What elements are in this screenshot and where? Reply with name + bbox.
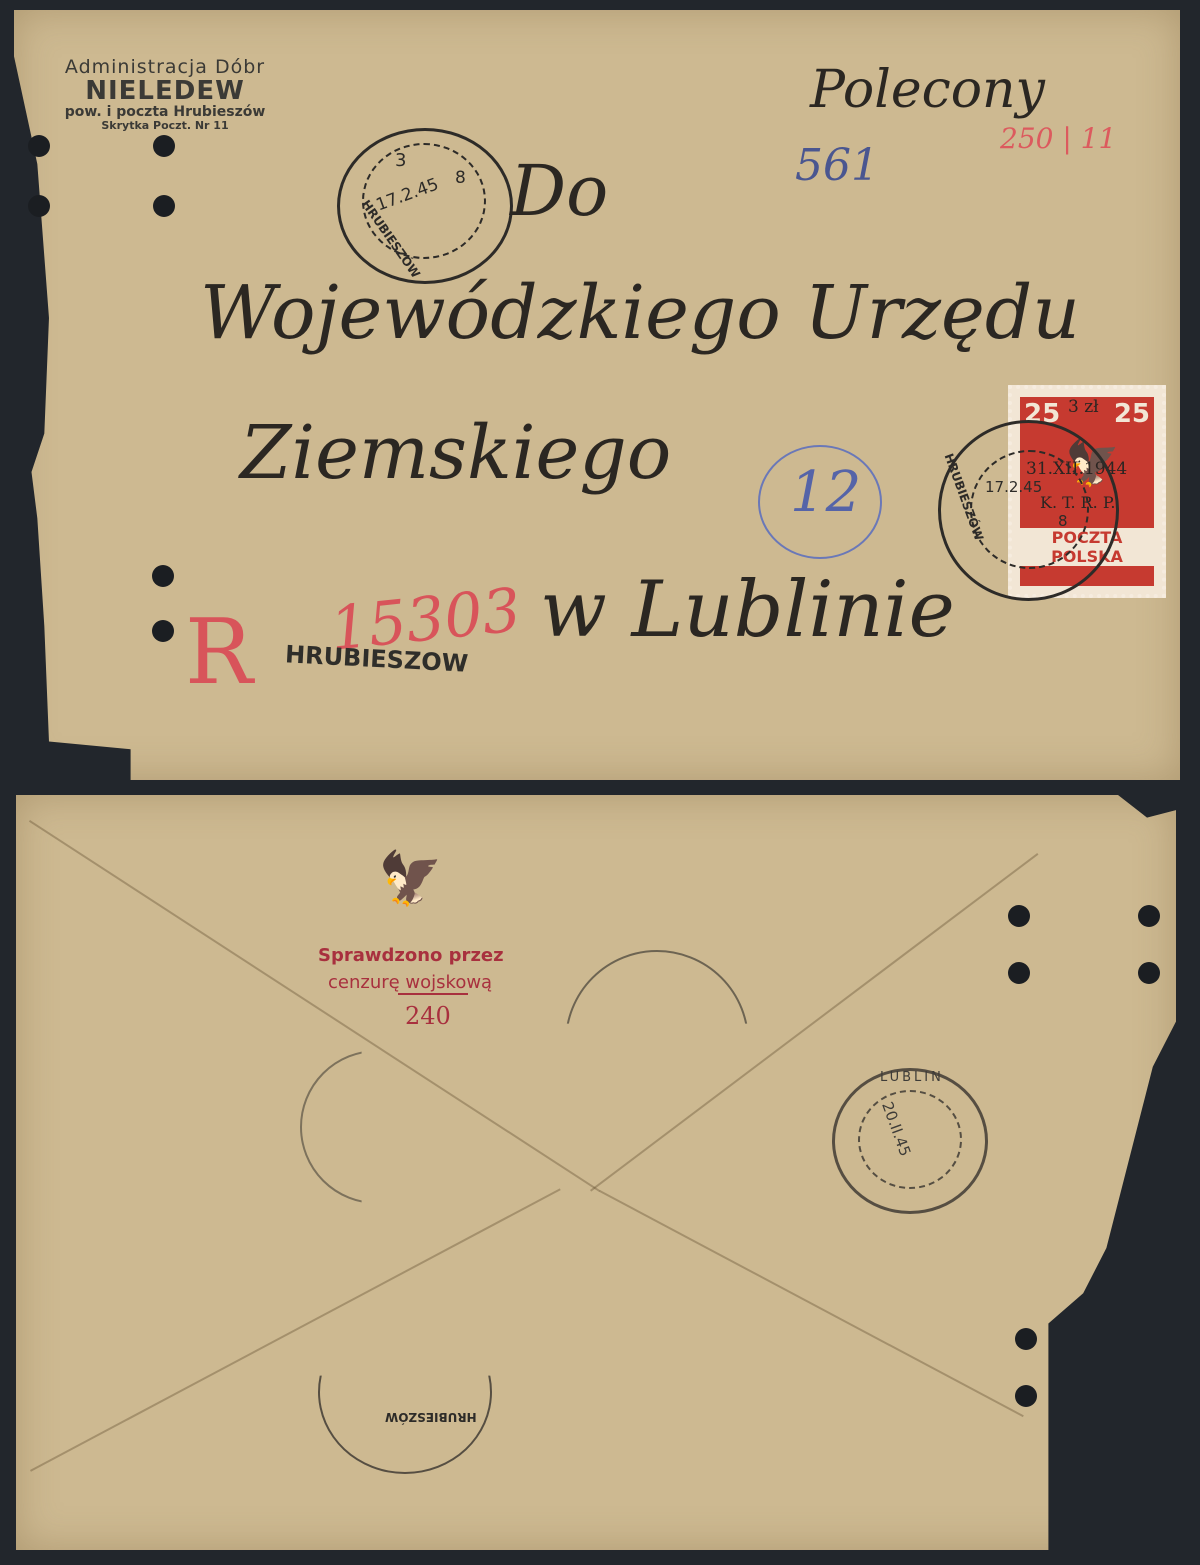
sender-line-1: Administracja Dóbr xyxy=(30,58,300,78)
censor-number: 240 xyxy=(405,1002,451,1030)
address-line-3: Ziemskiego xyxy=(240,410,671,496)
punch-hole xyxy=(1138,905,1160,927)
punch-hole xyxy=(153,195,175,217)
punch-hole xyxy=(1008,905,1030,927)
sender-stamp: Administracja Dóbr NIELEDEW pow. i poczt… xyxy=(30,58,300,131)
punch-hole xyxy=(28,195,50,217)
postmark-top-hour: 8 xyxy=(455,168,466,188)
address-line-4: w Lublinie xyxy=(540,565,955,655)
postmark-stamp-date: 17.2.45 xyxy=(985,478,1042,496)
censor-line-1: Sprawdzono przez xyxy=(318,945,504,966)
punch-hole xyxy=(1008,962,1030,984)
envelope-back xyxy=(16,795,1176,1550)
address-line-2: Wojewódzkiego Urzędu xyxy=(200,270,1080,356)
stamp-overprint-value: 3 zł xyxy=(1068,397,1099,417)
punch-hole xyxy=(1138,962,1160,984)
sender-line-3: pow. i poczta Hrubieszów xyxy=(30,105,300,120)
sender-line-4: Skrytka Poczt. Nr 11 xyxy=(30,120,300,132)
punch-hole xyxy=(153,135,175,157)
blue-number: 561 xyxy=(795,140,879,191)
punch-hole xyxy=(28,135,50,157)
registered-note: Polecony xyxy=(810,60,1045,120)
postmark-stamp-hour: 8 xyxy=(1058,512,1068,530)
eagle-icon: 🦅 xyxy=(378,848,443,909)
punch-hole xyxy=(152,565,174,587)
censor-divider xyxy=(398,993,468,995)
circled-number: 12 xyxy=(790,460,861,525)
punch-hole xyxy=(1015,1385,1037,1407)
punch-hole xyxy=(1015,1328,1037,1350)
postmark-top-number: 3 xyxy=(395,150,406,171)
stamp-value-right: 25 xyxy=(1114,399,1150,429)
punch-hole xyxy=(152,620,174,642)
censor-line-2: cenzurę wojskową xyxy=(328,972,492,993)
red-number: 250 | 11 xyxy=(1000,122,1116,155)
partial-postmark-place: HRUBIESZÓW xyxy=(385,1410,477,1424)
address-line-1: Do xyxy=(510,150,608,232)
sender-line-2: NIELEDEW xyxy=(30,78,300,105)
arrival-postmark-place: LUBLIN xyxy=(880,1070,944,1085)
registration-mark: R xyxy=(185,600,253,705)
